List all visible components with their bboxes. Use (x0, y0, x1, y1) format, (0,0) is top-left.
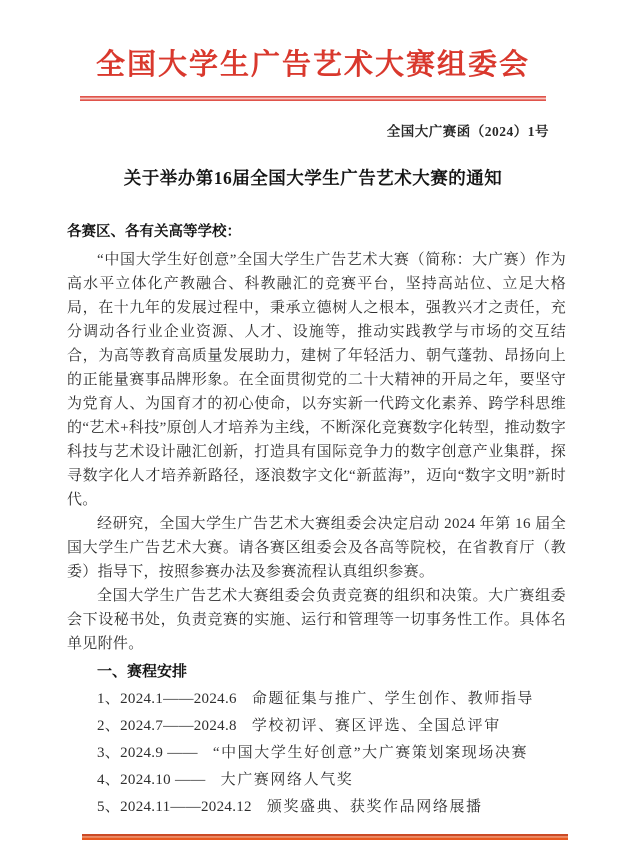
section-heading-schedule: 一、赛程安排 (97, 659, 566, 686)
schedule-description: 颁奖盛典、获奖作品网络展播 (267, 799, 483, 815)
schedule-date-range: 3、2024.9 —— (97, 745, 198, 761)
schedule-description: 学校初评、赛区评选、全国总评审 (252, 718, 501, 734)
schedule-description: “中国大学生好创意”大广赛策划案现场决赛 (213, 745, 528, 761)
schedule-item-2: 2、2024.7——2024.8学校初评、赛区评选、全国总评审 (97, 713, 606, 740)
header-divider-line (80, 96, 546, 101)
schedule-list: 1、2024.1——2024.6命题征集与推广、学生创作、教师指导 2、2024… (0, 686, 626, 821)
schedule-item-1: 1、2024.1——2024.6命题征集与推广、学生创作、教师指导 (97, 686, 606, 713)
body-paragraph-launch: 经研究，全国大学生广告艺术大赛组委会决定启动 2024 年第 16 届全国大学生… (67, 512, 566, 584)
footer-divider-line (82, 834, 568, 840)
body-paragraph-organization: 全国大学生广告艺术大赛组委会负责竞赛的组织和决策。大广赛组委会下设秘书处，负责竞… (67, 584, 566, 656)
schedule-date-range: 1、2024.1——2024.6 (97, 691, 237, 707)
schedule-date-range: 2、2024.7——2024.8 (97, 718, 237, 734)
document-page: 全国大学生广告艺术大赛组委会 全国大广赛函（2024）1号 关于举办第16届全国… (0, 0, 626, 848)
schedule-item-4: 4、2024.10 ——大广赛网络人气奖 (97, 767, 606, 794)
schedule-description: 命题征集与推广、学生创作、教师指导 (252, 691, 534, 707)
doc-number: 全国大广赛函（2024）1号 (0, 120, 549, 140)
schedule-date-range: 4、2024.10 —— (97, 772, 206, 788)
org-title: 全国大学生广告艺术大赛组委会 (36, 42, 590, 83)
body-paragraph-intro: “中国大学生好创意”全国大学生广告艺术大赛（简称：大广赛）作为高水平立体化产教融… (67, 248, 566, 512)
schedule-date-range: 5、2024.11——2024.12 (97, 799, 252, 815)
salutation: 各赛区、各有关高等学校： (67, 220, 566, 241)
schedule-description: 大广赛网络人气奖 (221, 772, 354, 788)
notice-title: 关于举办第16届全国大学生广告艺术大赛的通知 (20, 165, 606, 190)
schedule-item-3: 3、2024.9 ——“中国大学生好创意”大广赛策划案现场决赛 (97, 740, 606, 767)
schedule-item-5: 5、2024.11——2024.12颁奖盛典、获奖作品网络展播 (97, 794, 606, 821)
